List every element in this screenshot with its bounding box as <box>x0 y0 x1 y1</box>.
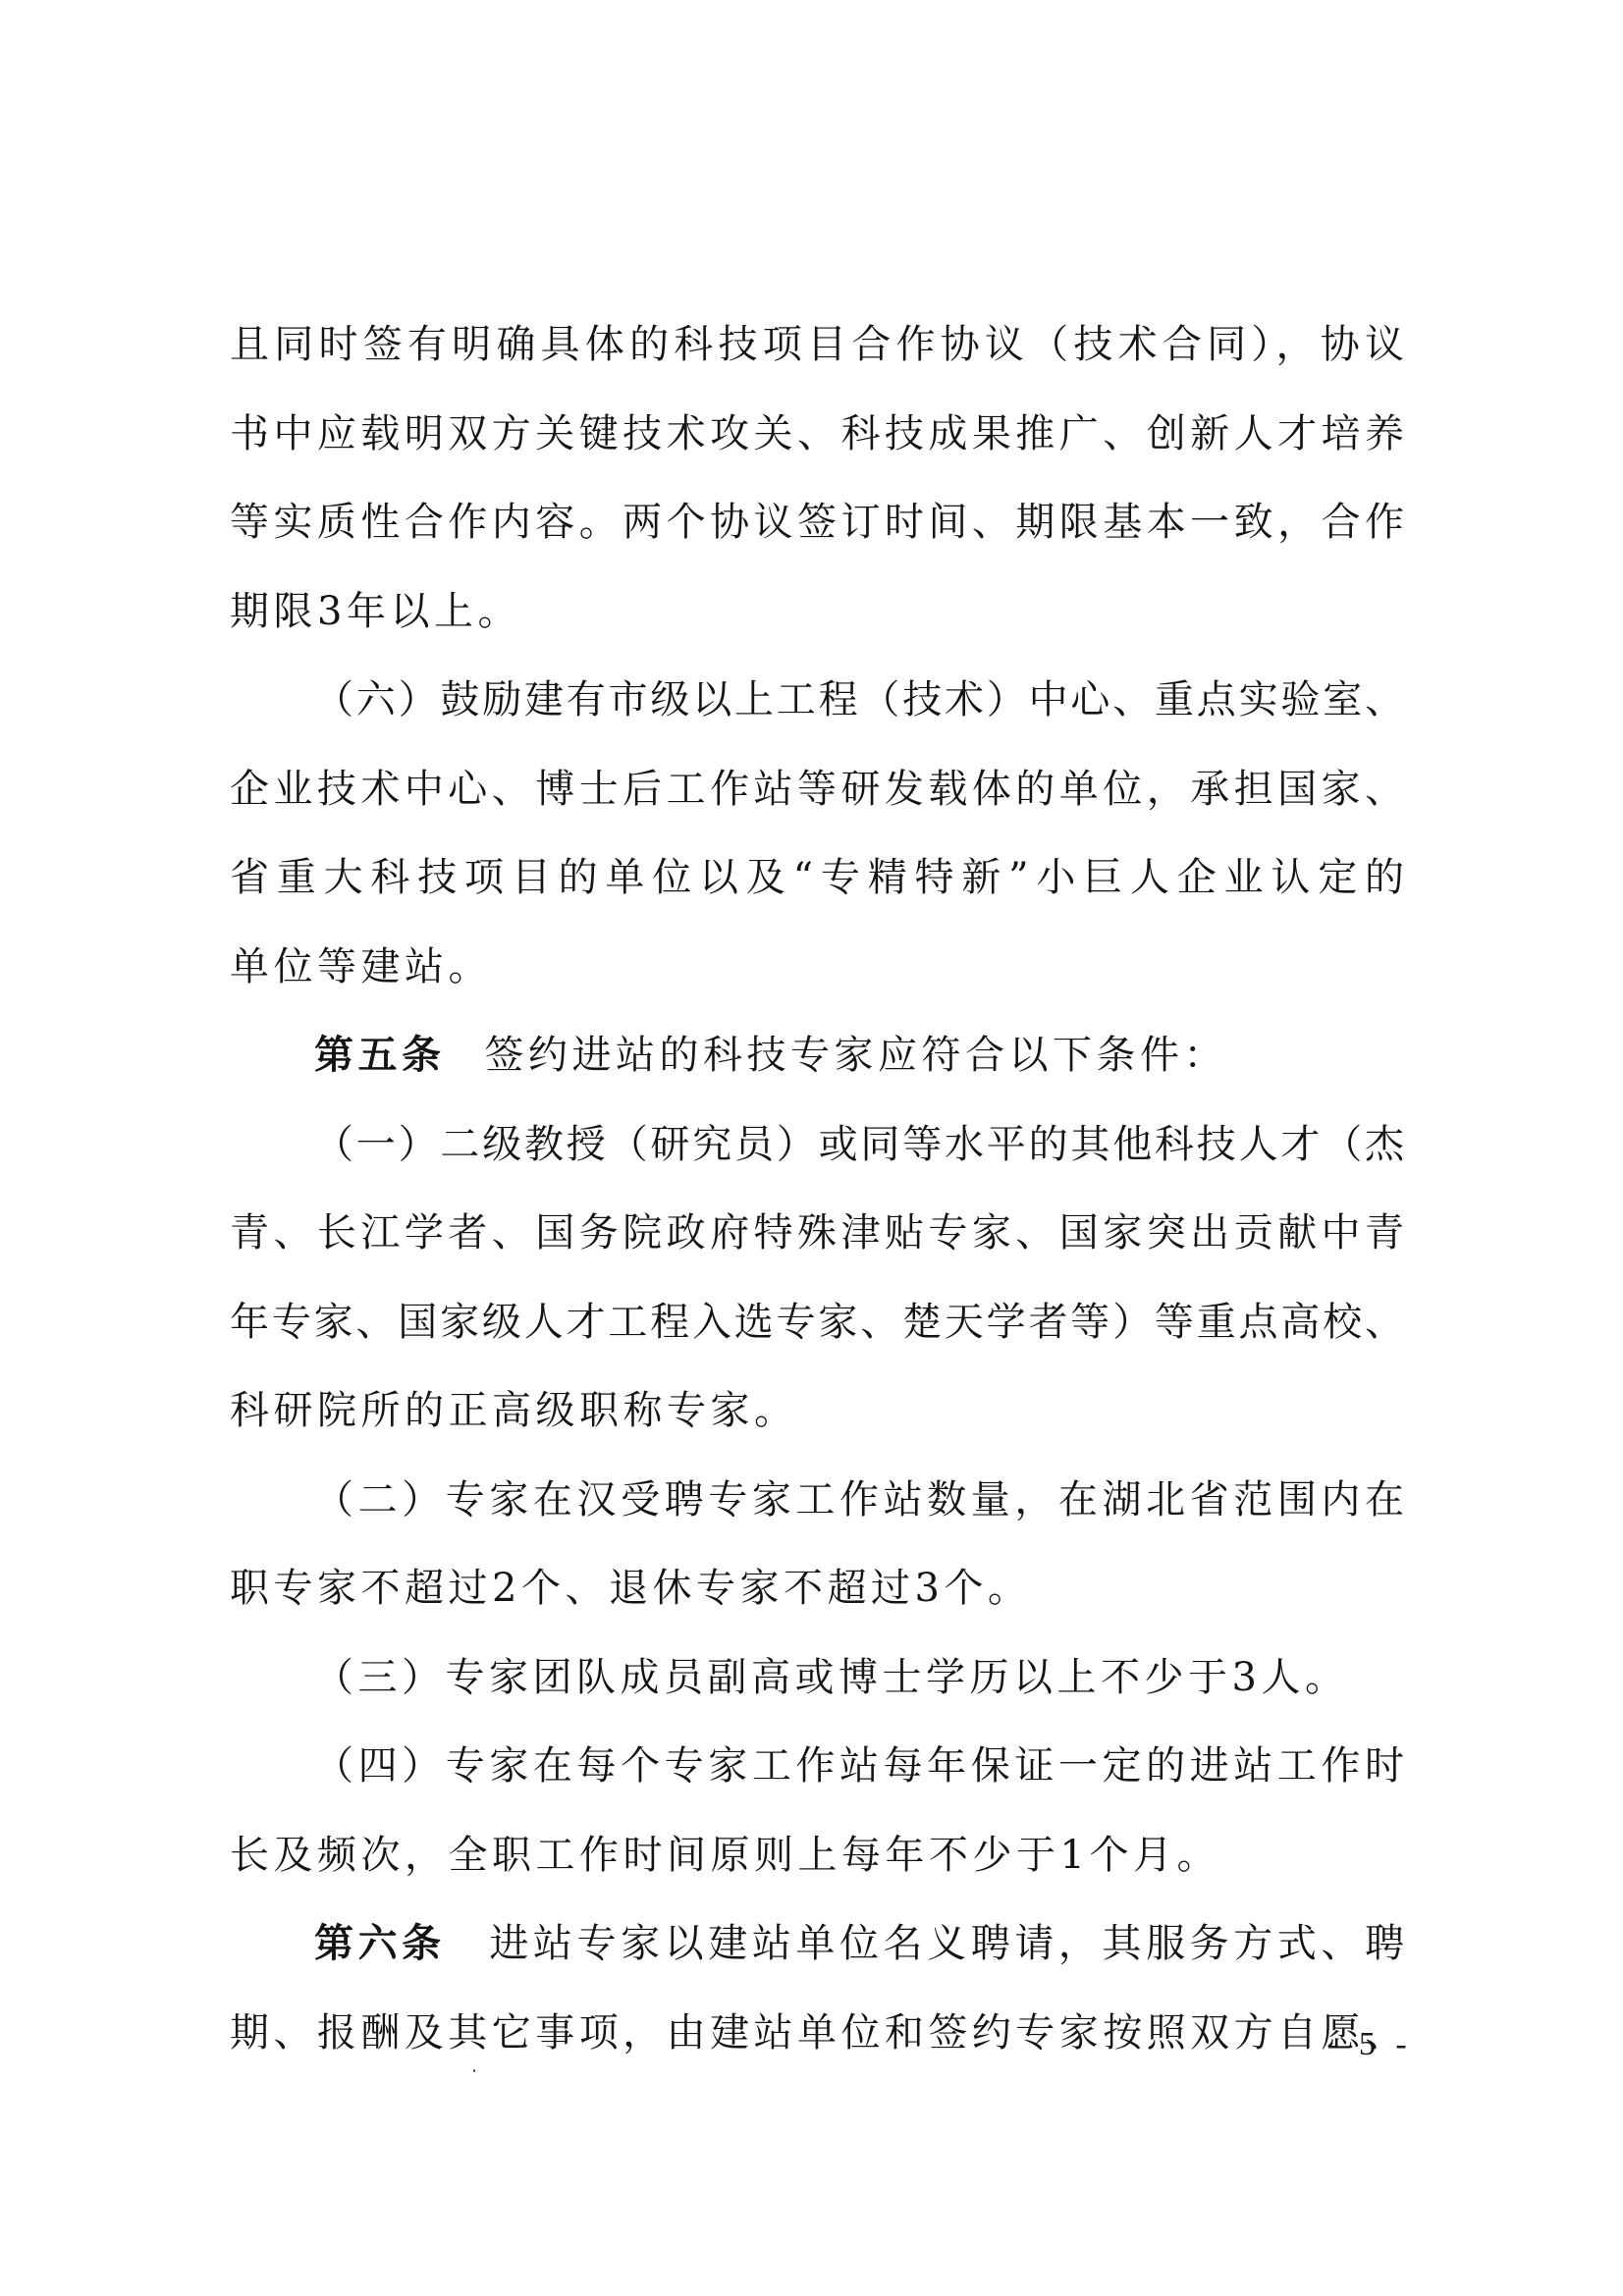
paragraph-line: 期、报酬及其它事项，由建站单位和签约专家按照双方自愿、 <box>230 1989 1404 2078</box>
document-page: 且同时签有明确具体的科技项目合作协议（技术合同），协议 书中应载明双方关键技术攻… <box>0 0 1623 2296</box>
article-6-line: 第六条进站专家以建站单位名义聘请，其服务方式、聘 <box>230 1899 1404 1989</box>
list-item-6-line: （六）鼓励建有市级以上工程（技术）中心、重点实验室、 <box>230 656 1404 745</box>
paragraph-line: 等实质性合作内容。两个协议签订时间、期限基本一致，合作 <box>230 478 1404 567</box>
paragraph-line: 职专家不超过2个、退休专家不超过3个。 <box>230 1544 1404 1633</box>
paragraph-line: 科研院所的正高级职称专家。 <box>230 1366 1404 1456</box>
paragraph-line: 青、长江学者、国务院政府特殊津贴专家、国家突出贡献中青 <box>230 1189 1404 1278</box>
scan-speck <box>473 2069 475 2072</box>
paragraph-line: 期限3年以上。 <box>230 567 1404 657</box>
article-6-heading: 第六条 <box>314 1920 446 1966</box>
paragraph-line: 企业技术中心、博士后工作站等研发载体的单位，承担国家、 <box>230 745 1404 834</box>
paragraph-line: 且同时签有明确具体的科技项目合作协议（技术合同），协议 <box>230 300 1404 390</box>
article-6-text: 进站专家以建站单位名义聘请，其服务方式、聘 <box>485 1921 1404 1966</box>
list-item-2-line: （二）专家在汉受聘专家工作站数量，在湖北省范围内在 <box>230 1456 1404 1545</box>
paragraph-line: 年专家、国家级人才工程入选专家、楚天学者等）等重点高校、 <box>230 1278 1404 1367</box>
article-5-heading: 第五条 <box>314 1032 446 1078</box>
paragraph-line: 长及频次，全职工作时间原则上每年不少于1个月。 <box>230 1811 1404 1900</box>
list-item-1-line: （一）二级教授（研究员）或同等水平的其他科技人才（杰 <box>230 1100 1404 1190</box>
article-5-text: 签约进站的科技专家应符合以下条件： <box>485 1033 1228 1078</box>
list-item-4-line: （四）专家在每个专家工作站每年保证一定的进站工作时 <box>230 1722 1404 1811</box>
list-item-3-line: （三）专家团队成员副高或博士学历以上不少于3人。 <box>230 1633 1404 1723</box>
paragraph-line: 书中应载明双方关键技术攻关、科技成果推广、创新人才培养 <box>230 390 1404 479</box>
page-number: - 5 - <box>1327 2026 1413 2063</box>
page-body: 且同时签有明确具体的科技项目合作协议（技术合同），协议 书中应载明双方关键技术攻… <box>230 300 1404 2077</box>
paragraph-line: 单位等建站。 <box>230 923 1404 1012</box>
article-5-line: 第五条签约进站的科技专家应符合以下条件： <box>230 1011 1404 1100</box>
paragraph-line: 省重大科技项目的单位以及“专精特新”小巨人企业认定的 <box>230 833 1404 923</box>
